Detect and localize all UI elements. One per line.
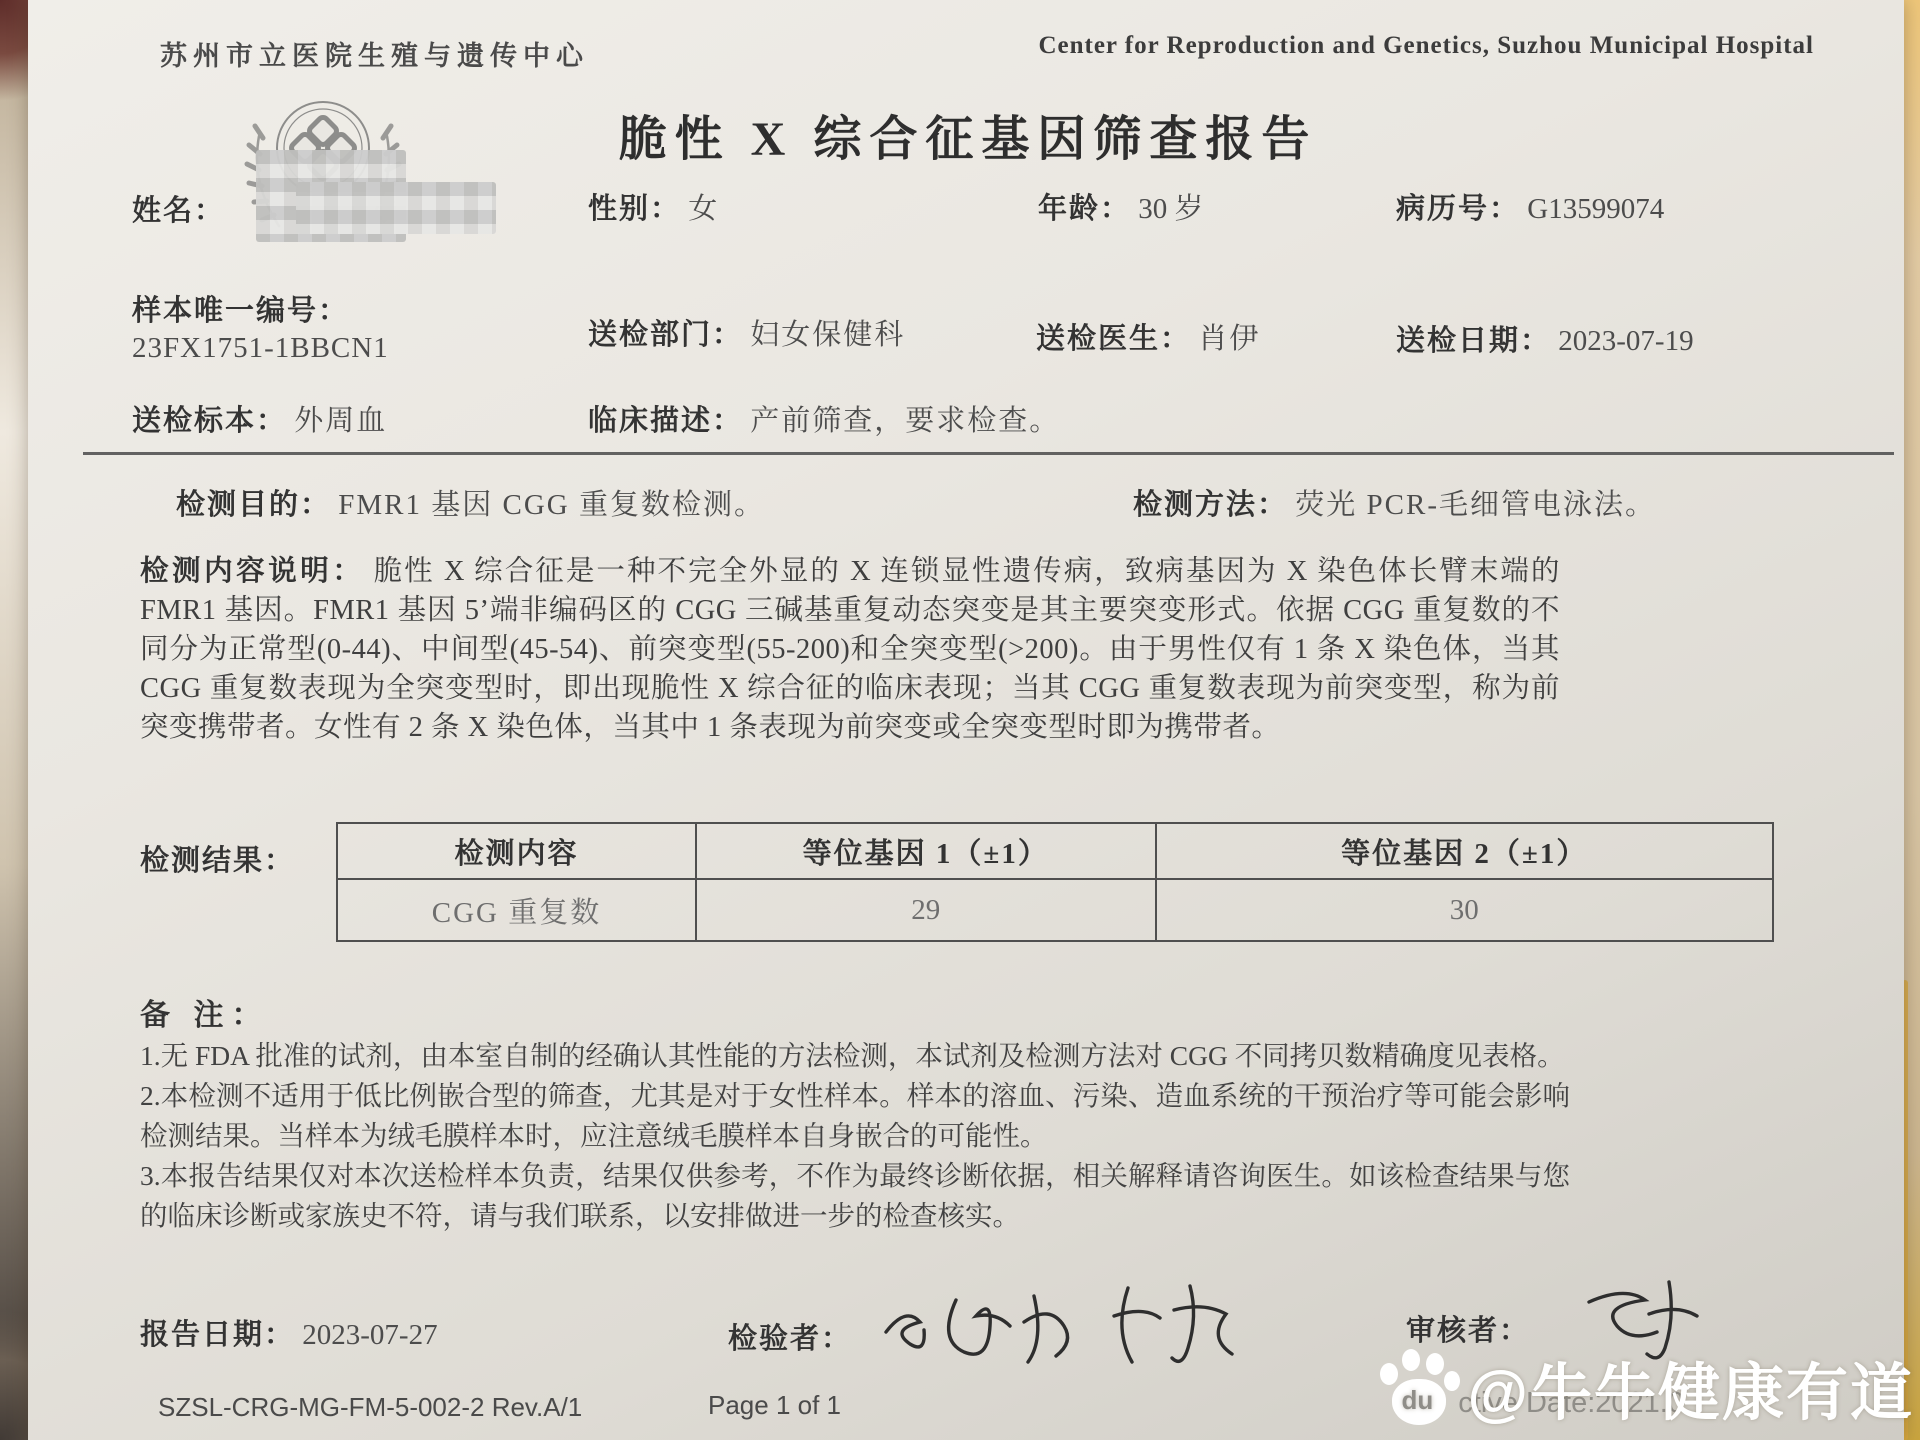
note-item-1: 1.无 FDA 批准的试剂，由本室自制的经确认其性能的方法检测，本试剂及检测方法… [140, 1036, 1570, 1076]
name-field: 姓名： [132, 188, 225, 229]
specimen-value: 外周血 [294, 405, 387, 437]
header-divider-line [83, 452, 1894, 455]
clinical-description-field: 临床描述： 产前筛查，要求检查。 [588, 398, 1060, 439]
send-date-field: 送检日期： 2023-07-19 [1396, 318, 1694, 359]
test-description-label: 检测内容说明： [140, 556, 364, 587]
age-value: 30 岁 [1138, 193, 1203, 225]
gender-value: 女 [688, 193, 717, 225]
notes-label: 备 注： [140, 990, 270, 1034]
test-purpose-value: FMR1 基因 CGG 重复数检测。 [338, 489, 765, 521]
note-item-2: 2.本检测不适用于低比例嵌合型的筛查，尤其是对于女性样本。样本的溶血、污染、造血… [140, 1076, 1570, 1156]
results-table-header-row: 检测内容 等位基因 1（±1） 等位基因 2（±1） [337, 823, 1773, 879]
results-table: 检测内容 等位基因 1（±1） 等位基因 2（±1） CGG 重复数 29 30 [336, 822, 1774, 942]
results-label: 检测结果： [140, 838, 295, 879]
age-label: 年龄： [1038, 193, 1131, 225]
sample-id-value: 23FX1751-1BBCN1 [132, 332, 389, 365]
report-title: 脆性 X 综合征基因筛查报告 [508, 100, 1428, 169]
doctor-field: 送检医生： 肖伊 [1036, 316, 1260, 357]
test-purpose-field: 检测目的： FMR1 基因 CGG 重复数检测。 [176, 482, 765, 523]
send-date-value: 2023-07-19 [1558, 325, 1693, 357]
mrn-label: 病历号： [1396, 193, 1520, 225]
page-indicator: Page 1 of 1 [708, 1390, 841, 1421]
hospital-name-english: Center for Reproduction and Genetics, Su… [1038, 32, 1814, 60]
results-table-data-row: CGG 重复数 29 30 [337, 879, 1773, 941]
sample-id-label: 样本唯一编号： [132, 288, 349, 329]
report-date-value: 2023-07-27 [302, 1319, 437, 1351]
test-method-label: 检测方法： [1133, 489, 1288, 521]
results-cell-content: CGG 重复数 [337, 879, 696, 941]
results-header-allele1: 等位基因 1（±1） [696, 823, 1156, 879]
doctor-label: 送检医生： [1036, 323, 1191, 355]
specimen-label: 送检标本： [132, 405, 287, 437]
test-method-value: 荧光 PCR-毛细管电泳法。 [1295, 489, 1656, 521]
examiner-label: 检验者： [728, 1316, 852, 1357]
department-label: 送检部门： [588, 319, 743, 351]
report-date-label: 报告日期： [140, 1319, 295, 1351]
redacted-patient-name [296, 182, 496, 234]
note-item-3: 3.本报告结果仅对本次送检样本负责，结果仅供参考，不作为最终诊断依据，相关解释请… [140, 1156, 1570, 1236]
test-description-paragraph: 检测内容说明： 脆性 X 综合征是一种不完全外显的 X 连锁显性遗传病，致病基因… [140, 552, 1560, 747]
examiner-signature [878, 1270, 1338, 1380]
watermark: du @牛牛健康有道 [1378, 1343, 1914, 1432]
name-label: 姓名： [132, 195, 225, 227]
gender-field: 性别： 女 [588, 186, 717, 227]
paw-du-text: du [1402, 1385, 1434, 1416]
clinical-description-label: 临床描述： [588, 405, 743, 437]
test-method-field: 检测方法： 荧光 PCR-毛细管电泳法。 [1133, 482, 1656, 523]
hospital-name-chinese: 苏州市立医院生殖与遗传中心 [160, 34, 589, 73]
send-date-label: 送检日期： [1396, 325, 1551, 357]
watermark-text: @牛牛健康有道 [1468, 1343, 1914, 1432]
paw-print-icon: du [1378, 1345, 1464, 1431]
mrn-value: G13599074 [1527, 193, 1664, 225]
doctor-value: 肖伊 [1198, 323, 1260, 355]
department-field: 送检部门： 妇女保健科 [588, 312, 905, 353]
test-purpose-label: 检测目的： [176, 489, 331, 521]
results-cell-allele1: 29 [696, 879, 1156, 941]
results-header-allele2: 等位基因 2（±1） [1156, 823, 1773, 879]
notes-list: 1.无 FDA 批准的试剂，由本室自制的经确认其性能的方法检测，本试剂及检测方法… [140, 1036, 1570, 1236]
mrn-field: 病历号： G13599074 [1396, 186, 1664, 227]
document-code: SZSL-CRG-MG-FM-5-002-2 Rev.A/1 [158, 1392, 582, 1423]
specimen-field: 送检标本： 外周血 [132, 398, 387, 439]
clinical-description-value: 产前筛查，要求检查。 [750, 405, 1060, 437]
results-cell-allele2: 30 [1156, 879, 1773, 941]
report-paper: 苏州市立医院生殖与遗传中心 Center for Reproduction an… [28, 0, 1904, 1440]
sample-id-label-text: 样本唯一编号： [132, 295, 349, 327]
report-date-field: 报告日期： 2023-07-27 [140, 1312, 438, 1353]
department-value: 妇女保健科 [750, 319, 905, 351]
gender-label: 性别： [588, 193, 681, 225]
age-field: 年龄： 30 岁 [1038, 186, 1204, 227]
results-header-content: 检测内容 [337, 823, 696, 879]
